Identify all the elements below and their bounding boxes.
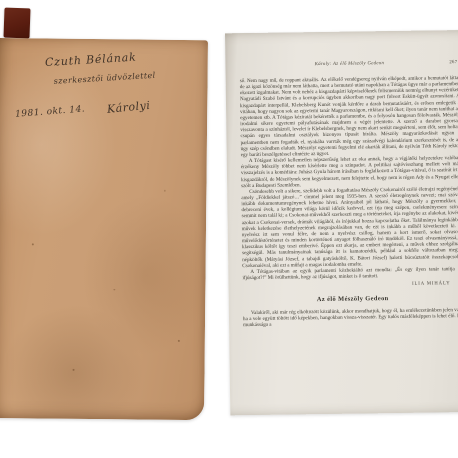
- handwritten-dedication: Czuth Bélának szerkesztői üdvözlettel 19…: [0, 35, 214, 424]
- paragraph: Valakiről, aki már rég elköltözött közül…: [243, 307, 458, 329]
- left-page: Czuth Bélának szerkesztői üdvözlettel 19…: [0, 38, 208, 420]
- next-article-body: Valakiről, aki már rég elköltözött közül…: [243, 307, 458, 329]
- dedication-greeting: szerkesztői üdvözlettel: [54, 71, 156, 86]
- dedication-signature: Károlyi: [106, 99, 150, 116]
- dedication-date: 1981. okt. 14.: [15, 104, 86, 119]
- paragraph: A Tótágast kísérő kellemetlen népszerűsé…: [241, 155, 458, 189]
- page-content: Károly: Az élő Mészöly Gedeon 267 ső. Ne…: [239, 60, 458, 329]
- article-body: ső. Nem nagy mű, de roppant aktuális. Az…: [240, 75, 458, 281]
- dedication-date-row: 1981. okt. 14. Károlyi: [15, 102, 165, 108]
- book-cover-corner: [3, 8, 30, 39]
- right-page: Károly: Az élő Mészöly Gedeon 267 ső. Ne…: [225, 30, 458, 415]
- section-heading: Az élő Mészöly Gedeon: [243, 294, 458, 304]
- running-head-title: Károly: Az élő Mészöly Gedeon: [315, 61, 385, 67]
- paragraph: A Tótágas-vitában az egyik parlamenti kö…: [242, 266, 458, 281]
- paragraph: Csöndesebb volt a sikere, szelídebb volt…: [241, 186, 458, 269]
- page-number: 267: [449, 60, 457, 65]
- paragraph: ső. Nem nagy mű, de roppant aktuális. Az…: [240, 75, 458, 158]
- dedication-recipient: Czuth Bélának: [45, 51, 137, 69]
- article-byline: ILIA MIHÁLY: [243, 281, 458, 289]
- book-photo: Czuth Bélának szerkesztői üdvözlettel 19…: [0, 0, 458, 458]
- running-head: Károly: Az élő Mészöly Gedeon 267: [239, 60, 458, 68]
